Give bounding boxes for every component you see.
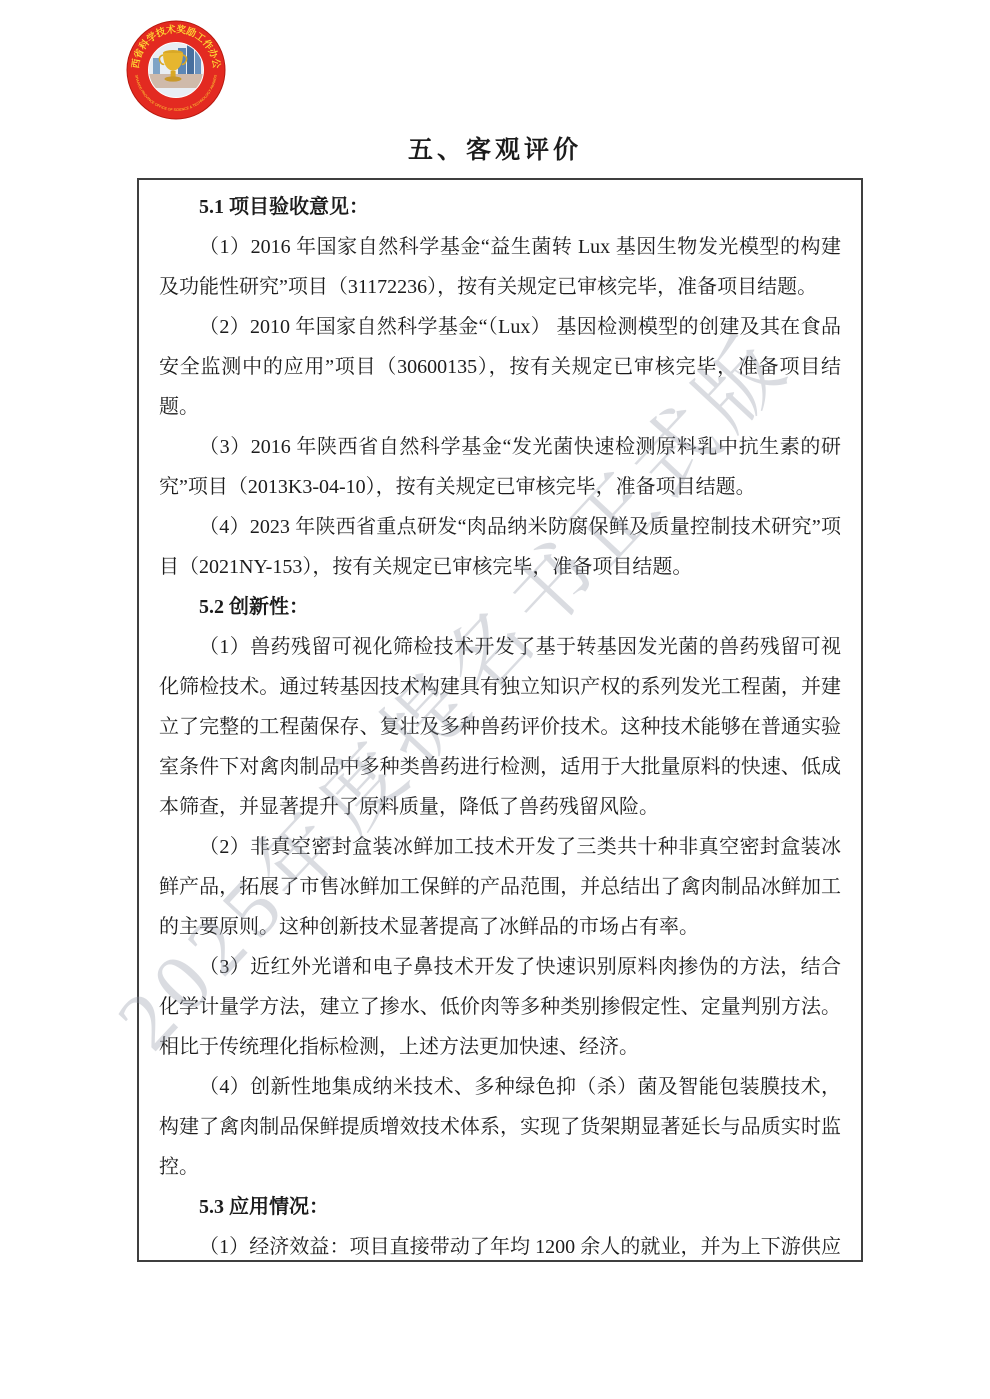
paragraph-5-2-3: （3）近红外光谱和电子鼻技术开发了快速识别原料肉掺伪的方法，结合化学计量学方法，…	[159, 947, 841, 1067]
paragraph-5-3-1: （1）经济效益：项目直接带动了年均 1200 余人的就业，并为上下游供应商和养殖…	[159, 1227, 841, 1262]
paragraph-5-1-4: （4）2023 年陕西省重点研发“肉品纳米防腐保鲜及质量控制技术研究”项目（20…	[159, 507, 841, 587]
seal-photo	[149, 43, 203, 97]
section-heading-5-3: 5.3 应用情况：	[159, 1187, 841, 1227]
paragraph-5-1-1: （1）2016 年国家自然科学基金“益生菌转 Lux 基因生物发光模型的构建及功…	[159, 227, 841, 307]
paragraph-5-1-2: （2）2010 年国家自然科学基金“（Lux） 基因检测模型的创建及其在食品安全…	[159, 307, 841, 427]
paragraph-5-2-1: （1）兽药残留可视化筛检技术开发了基于转基因发光菌的兽药残留可视化筛检技术。通过…	[159, 627, 841, 827]
paragraph-5-1-3: （3）2016 年陕西省自然科学基金“发光菌快速检测原料乳中抗生素的研究”项目（…	[159, 427, 841, 507]
seal-graphic: 陕西省科学技术奖励工作办公室 SHAANXI PROVINCE OFFICE O…	[126, 20, 226, 120]
document-page: 陕西省科学技术奖励工作办公室 SHAANXI PROVINCE OFFICE O…	[0, 0, 990, 1399]
content-box: 5.1 项目验收意见： （1）2016 年国家自然科学基金“益生菌转 Lux 基…	[137, 178, 863, 1262]
paragraph-5-2-4: （4）创新性地集成纳米技术、多种绿色抑（杀）菌及智能包装膜技术，构建了禽肉制品保…	[159, 1067, 841, 1187]
section-heading-5-2: 5.2 创新性：	[159, 587, 841, 627]
section-heading-5-1: 5.1 项目验收意见：	[159, 187, 841, 227]
paragraph-5-2-2: （2）非真空密封盒装冰鲜加工技术开发了三类共十种非真空密封盒装冰鲜产品，拓展了市…	[159, 827, 841, 947]
page-title: 五、客观评价	[0, 130, 990, 166]
award-office-seal: 陕西省科学技术奖励工作办公室 SHAANXI PROVINCE OFFICE O…	[126, 20, 226, 120]
